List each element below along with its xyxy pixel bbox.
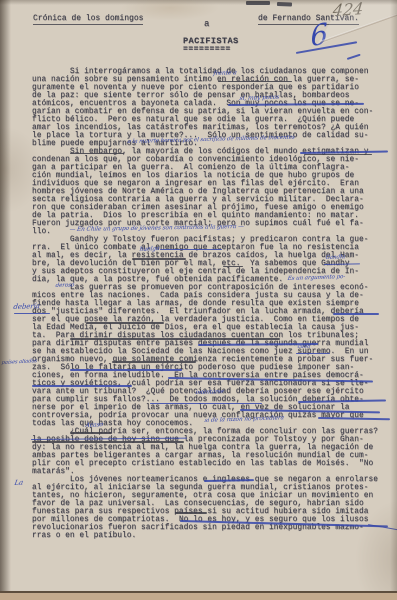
strike-mark — [70, 369, 182, 371]
strike-mark — [70, 338, 280, 340]
handwritten-annotation: huelga — [139, 245, 160, 253]
strike-mark — [223, 266, 243, 267]
strike-mark — [175, 512, 207, 514]
handwritten-annotation: Acaso — [85, 421, 103, 429]
strike-mark — [333, 313, 379, 315]
strike-mark — [228, 103, 364, 106]
strike-mark — [240, 409, 380, 413]
strike-mark — [168, 377, 373, 382]
handwritten-annotation: sí, muy pocos — [239, 94, 280, 102]
strike-mark — [150, 403, 262, 404]
strike-mark — [112, 361, 196, 363]
strike-mark — [296, 353, 330, 354]
strike-mark — [14, 313, 50, 314]
handwritten-annotation: países aliados — [1, 358, 37, 366]
strike-mark — [70, 432, 112, 434]
handwritten-annotation: a la muerte heroica por el sacrificio de… — [127, 135, 295, 145]
strike-mark — [31, 438, 187, 441]
strike-mark — [32, 441, 184, 443]
strike-mark — [246, 1, 270, 5]
handwritten-annotation: intentarse — [195, 389, 224, 396]
strike-mark — [70, 153, 124, 154]
handwritten-annotation: Gandhi — [325, 254, 345, 261]
strike-mark — [277, 2, 292, 6]
strike-mark — [132, 258, 186, 260]
handwritten-annotation: debería — [13, 302, 40, 311]
strike-mark — [347, 54, 361, 60]
page-bottom-edge — [0, 591, 397, 600]
handwritten-annotation: frente a — [213, 69, 237, 77]
strike-mark — [180, 520, 388, 527]
scanned-typescript-page: Crónica de los domingos de Fernando Sant… — [0, 0, 397, 600]
strike-mark — [204, 479, 254, 481]
strike-mark — [298, 399, 386, 402]
handwritten-annotation: Es un argumento po- — [287, 274, 345, 282]
handwritten-annotation: si de la razón no procediera — [204, 415, 284, 424]
strike-mark — [318, 417, 390, 420]
strike-mark — [32, 385, 132, 387]
handwritten-annotation: La — [14, 479, 24, 488]
strike-mark — [160, 249, 222, 250]
strike-mark — [324, 263, 360, 265]
handwritten-annotation: deroso — [55, 282, 74, 289]
annotation-layer: 4246frente así, muy pocosa la muerte her… — [0, 0, 397, 600]
strike-mark — [218, 81, 292, 82]
strike-mark — [304, 154, 372, 155]
strike-mark — [86, 322, 164, 324]
handwritten-annotation: — En Chile un grupo de jóvenes son contr… — [69, 224, 244, 233]
